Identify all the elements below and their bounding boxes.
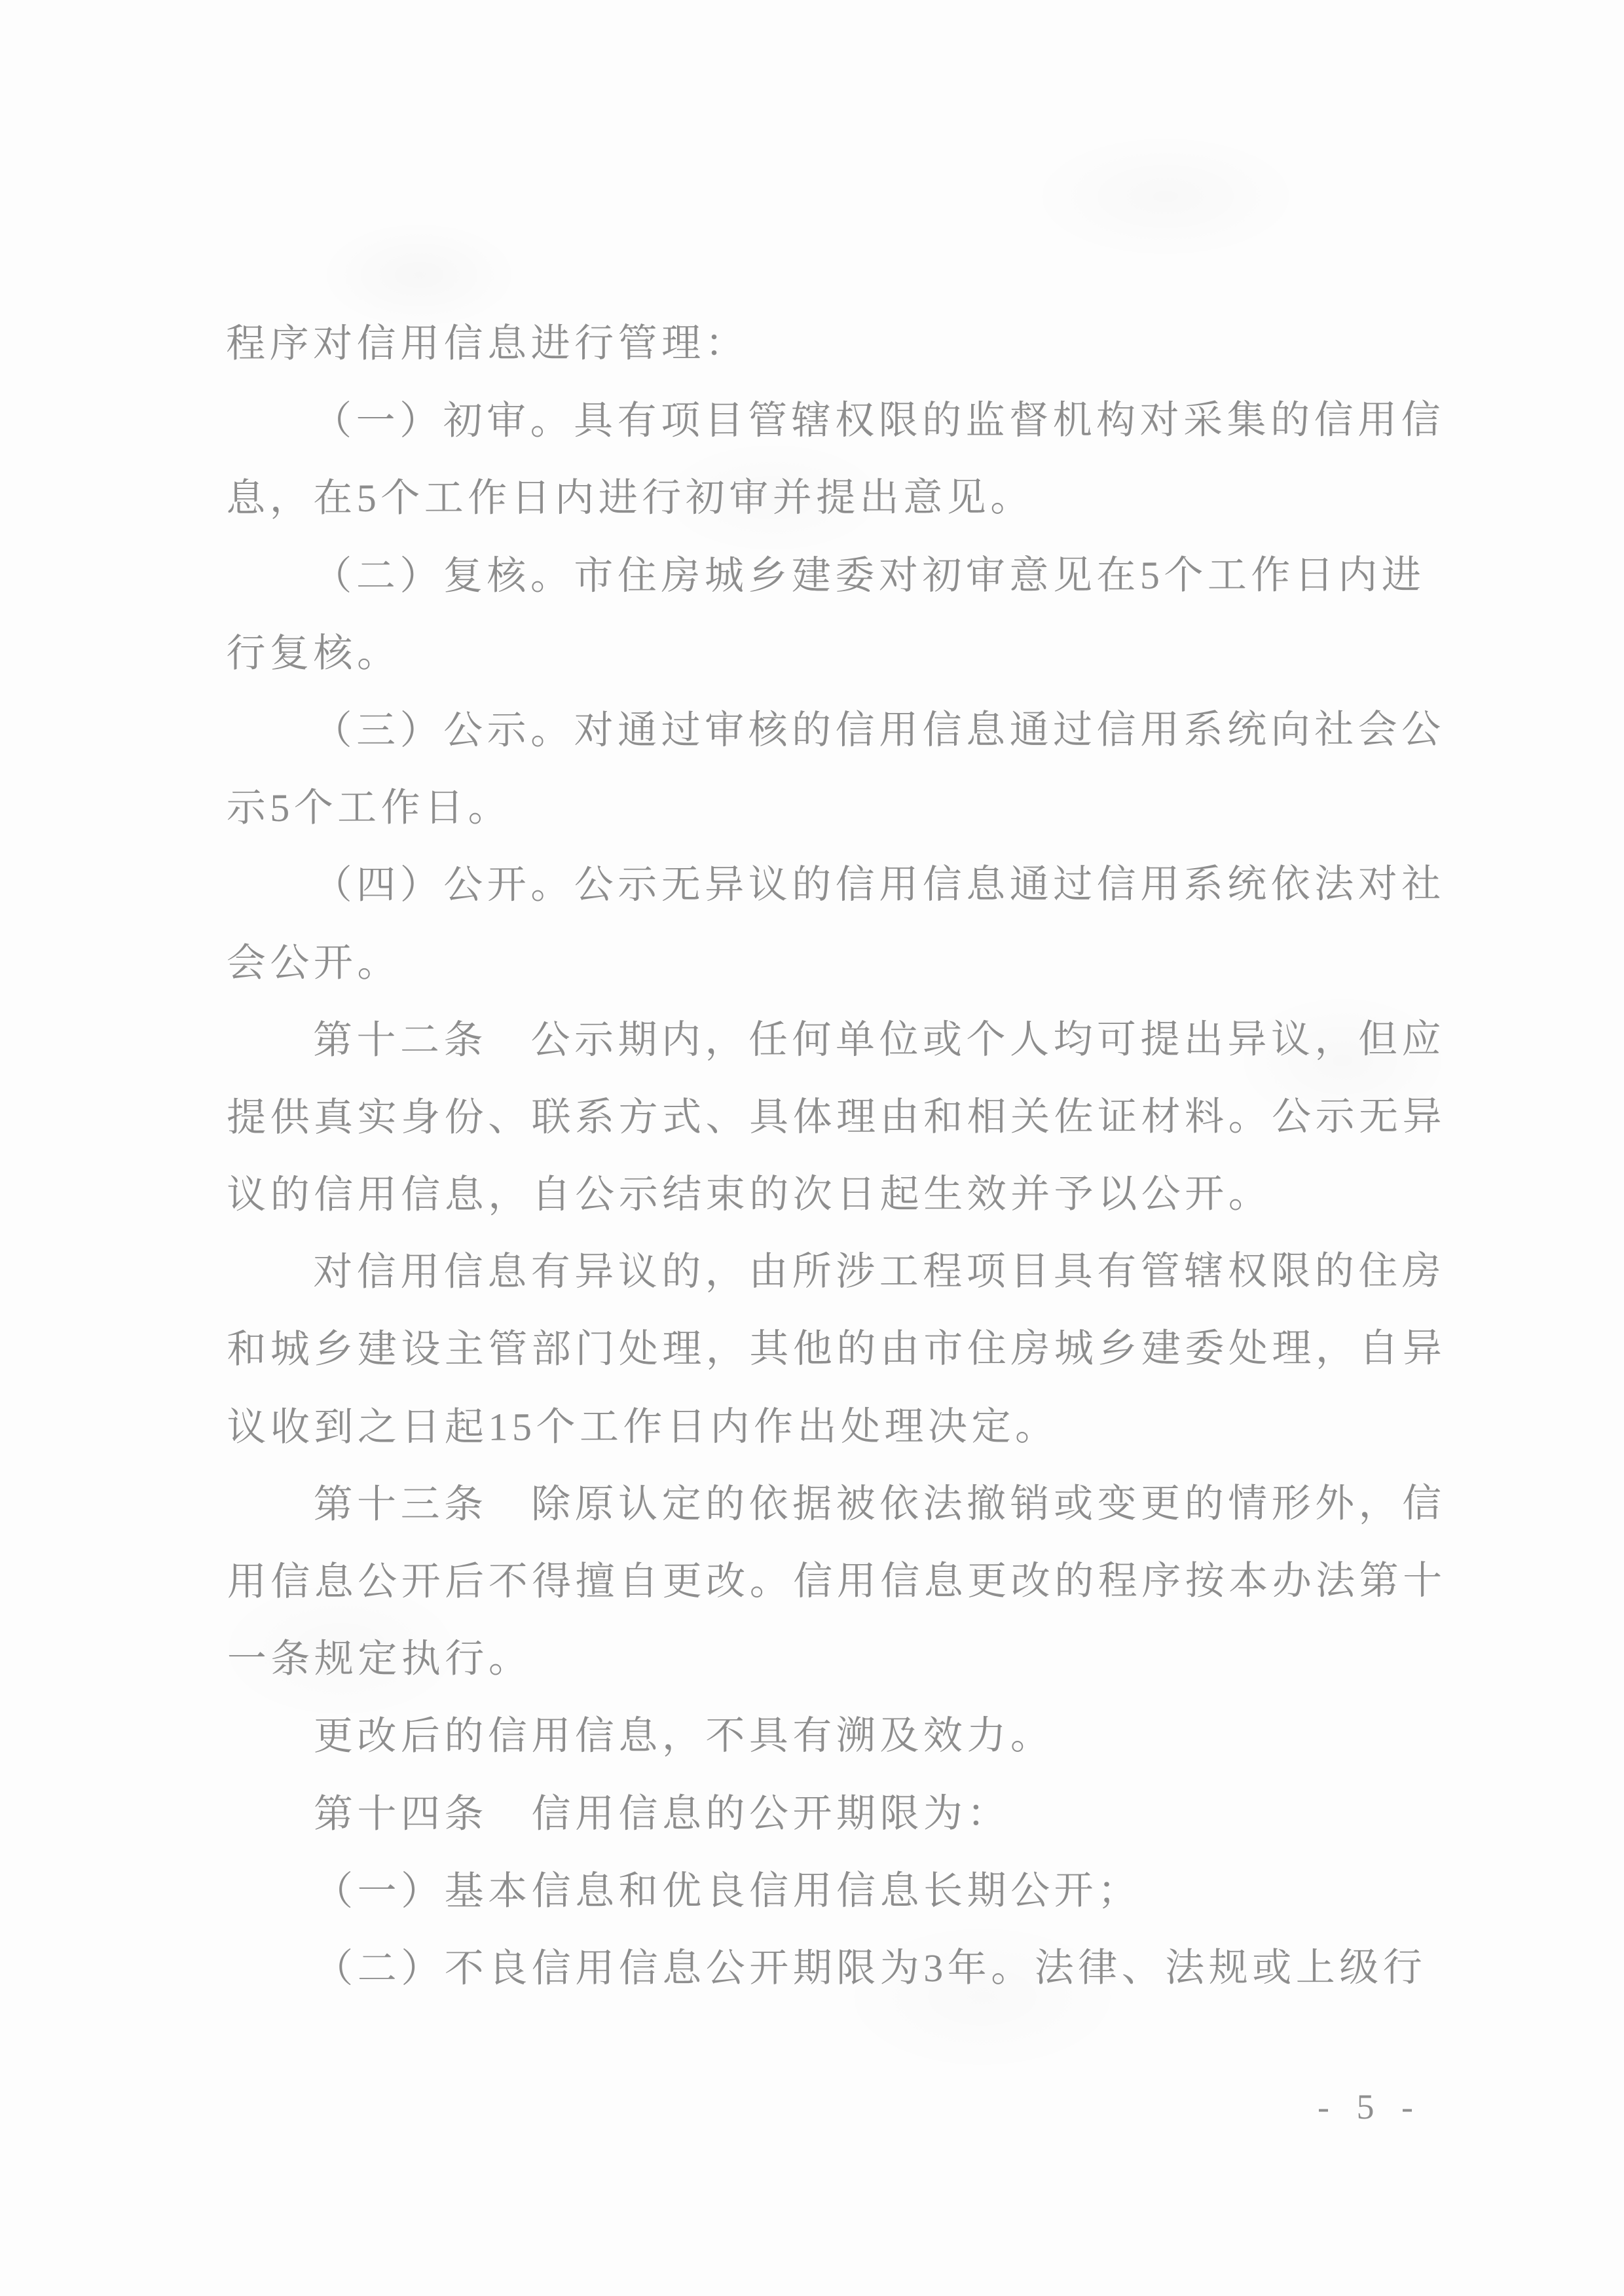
document-line: 更改后的信用信息，不具有溯及效力。 [227, 1697, 1452, 1776]
document-line: 提供真实身份、联系方式、具体理由和相关佐证材料。公示无异 [227, 1078, 1451, 1156]
document-line: （一）基本信息和优良信用信息长期公开； [227, 1851, 1452, 1930]
document-line: 息，在5个工作日内进行初审并提出意见。 [226, 459, 1450, 538]
scanned-document-page: { "doc": { "lines": [ "程序对信用信息进行管理：", "（… [0, 0, 1624, 2296]
document-line: 第十四条 信用信息的公开期限为： [227, 1774, 1452, 1853]
document-body: 程序对信用信息进行管理： （一）初审。具有项目管辖权限的监督机构对采集的信用信 … [226, 304, 1452, 2007]
document-line: （一）初审。具有项目管辖权限的监督机构对采集的信用信 [226, 382, 1450, 460]
page-number: - 5 - [1318, 2074, 1422, 2140]
document-line: 用信息公开后不得擅自更改。信用信息更改的程序按本办法第十 [227, 1542, 1452, 1620]
document-line: （四）公开。公示无异议的信用信息通过信用系统依法对社 [227, 846, 1451, 924]
document-line: 示5个工作日。 [227, 768, 1451, 847]
document-line: （二）复核。市住房城乡建委对初审意见在5个工作日内进 [226, 536, 1450, 615]
document-line: 议的信用信息，自公示结束的次日起生效并予以公开。 [227, 1155, 1451, 1233]
document-line: 会公开。 [227, 923, 1451, 1002]
document-line: 程序对信用信息进行管理： [226, 304, 1450, 382]
document-line: （二）不良信用信息公开期限为3年。法律、法规或上级行 [227, 1929, 1452, 2007]
document-line: 和城乡建设主管部门处理，其他的由市住房城乡建委处理，自异 [227, 1310, 1451, 1389]
document-line: 行复核。 [226, 613, 1450, 692]
document-line: 议收到之日起15个工作日内作出处理决定。 [227, 1387, 1451, 1466]
document-line: 一条规定执行。 [227, 1620, 1452, 1698]
document-line: （三）公示。对通过审核的信用信息通过信用系统向社会公 [227, 691, 1451, 769]
document-line: 对信用信息有异议的，由所涉工程项目具有管辖权限的住房 [227, 1233, 1451, 1311]
document-line: 第十二条 公示期内，任何单位或个人均可提出异议，但应 [227, 1000, 1451, 1079]
document-line: 第十三条 除原认定的依据被依法撤销或变更的情形外，信 [227, 1465, 1452, 1543]
